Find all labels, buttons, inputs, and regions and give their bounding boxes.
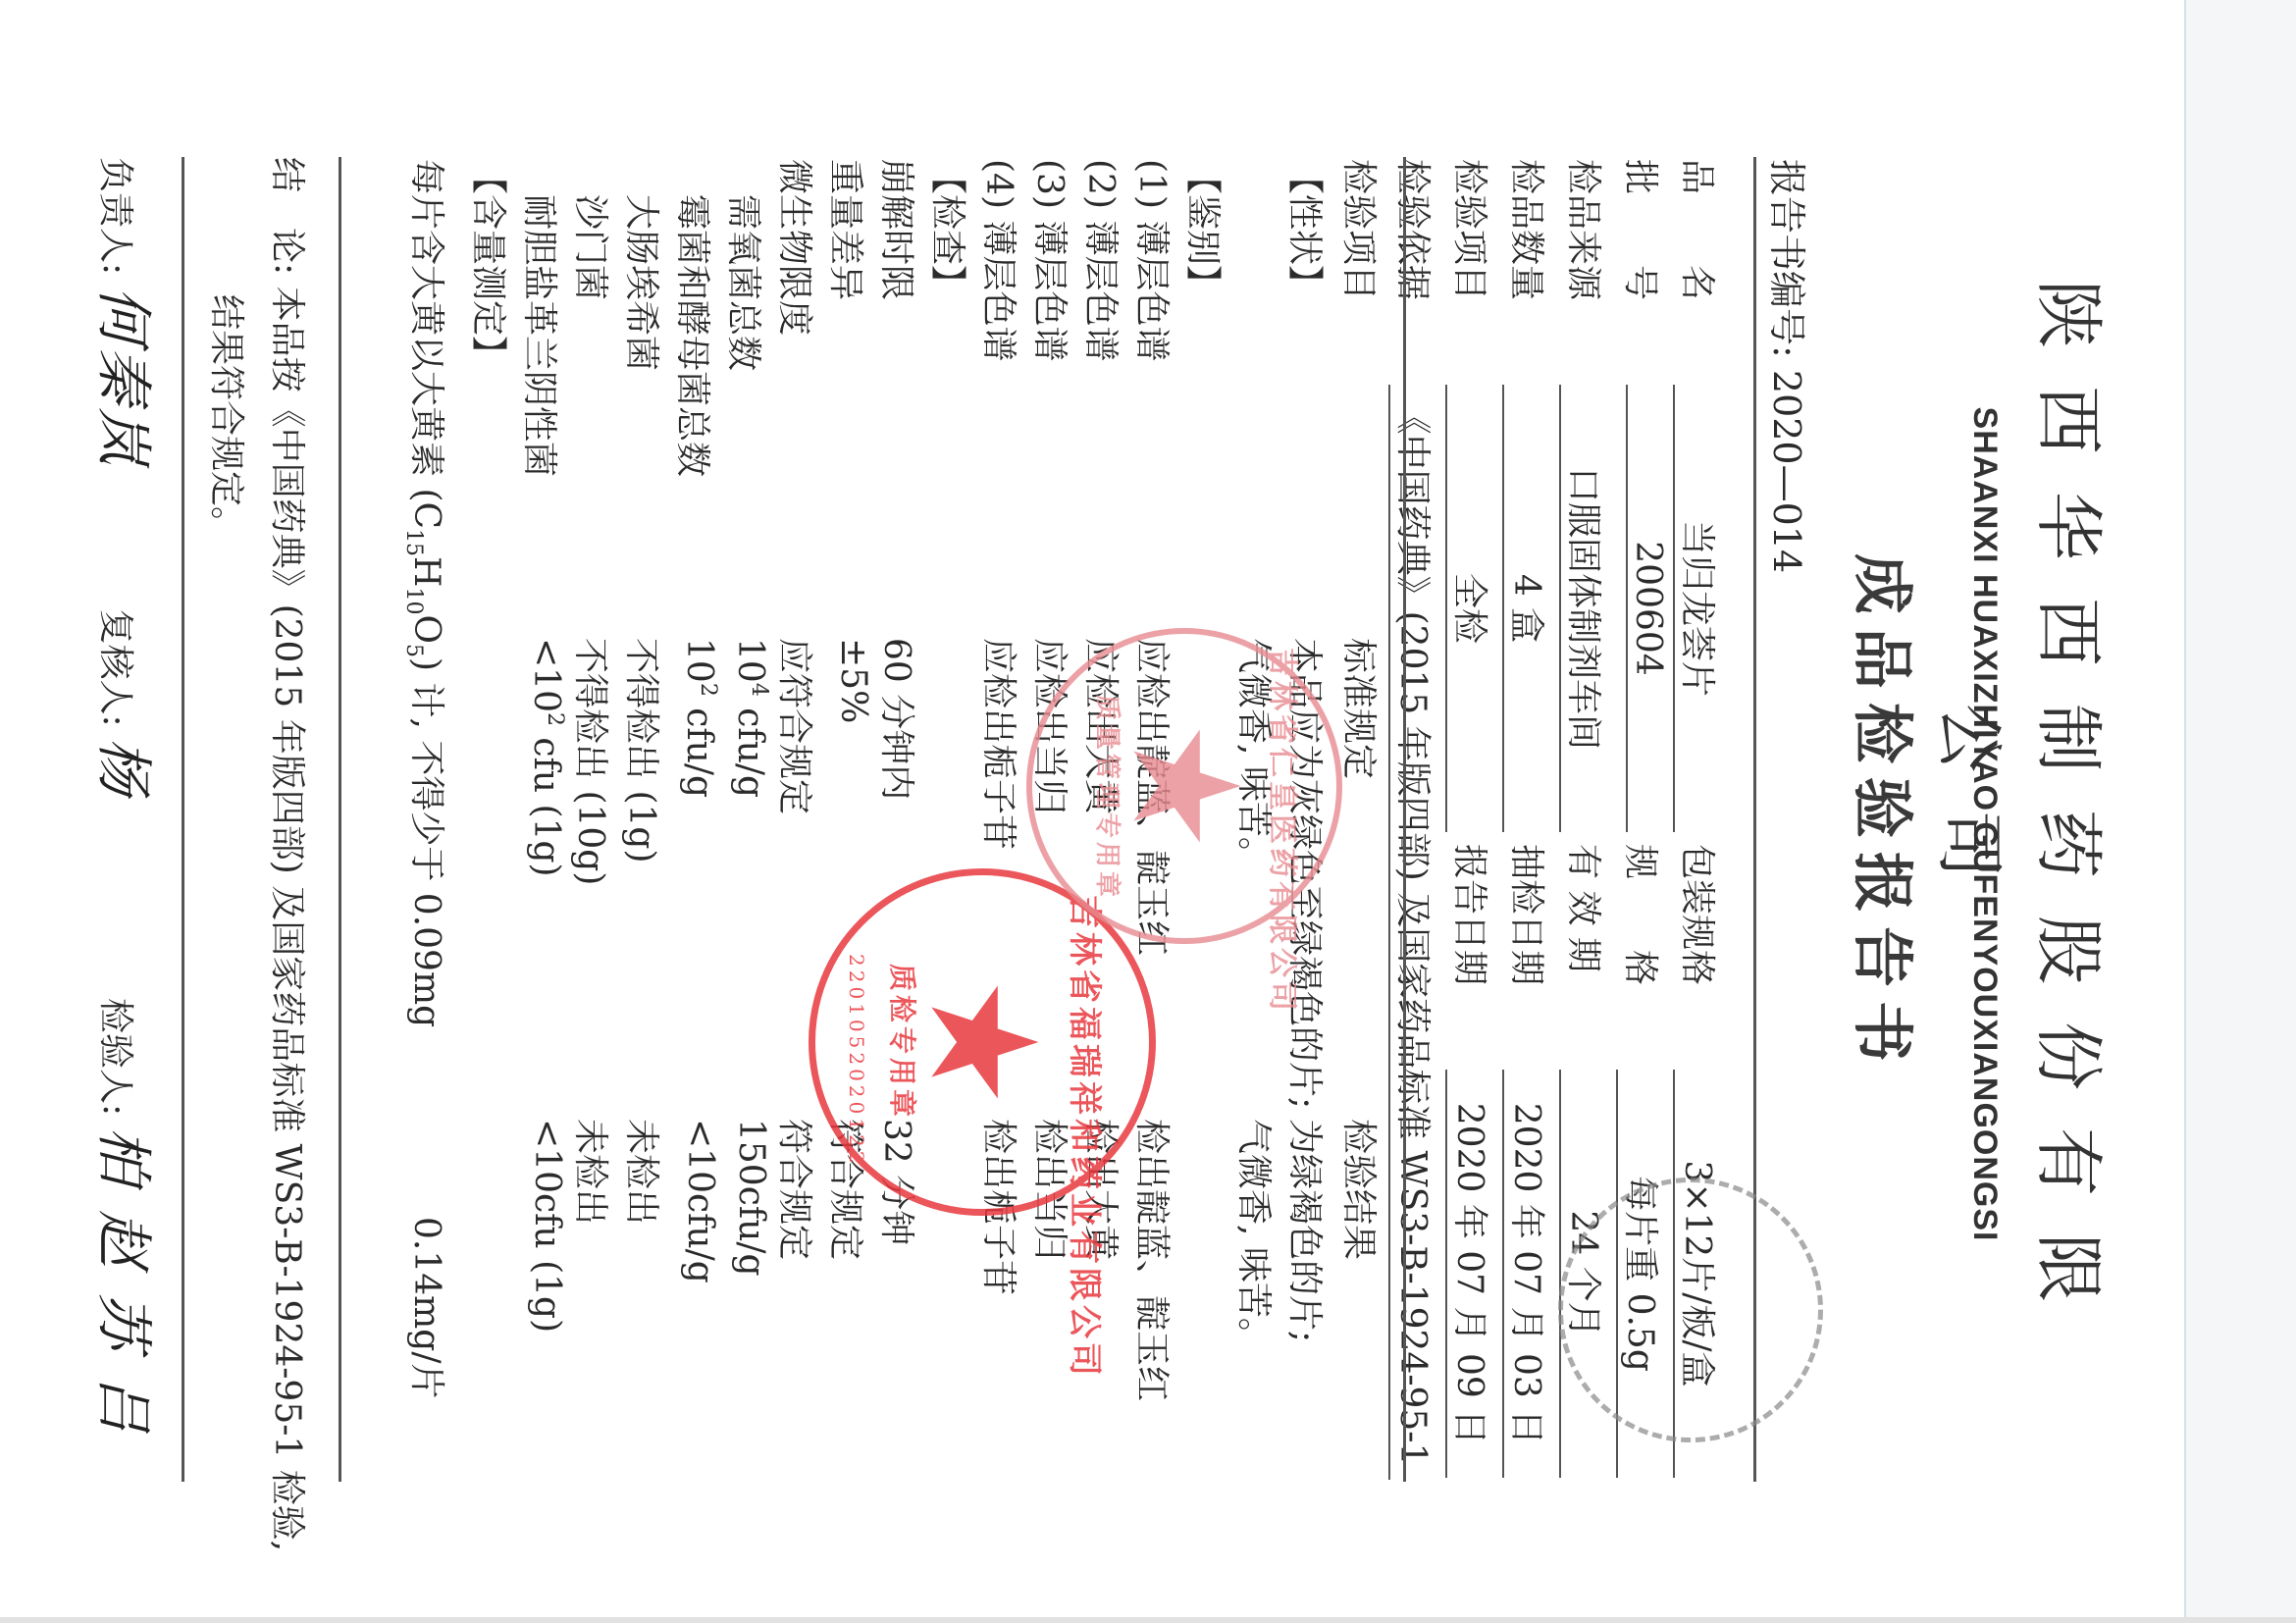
cell-result: 符合规定 xyxy=(772,1119,822,1260)
responsible-signature: 何秦岚 xyxy=(90,287,157,469)
info-value: 200604 xyxy=(1626,385,1668,832)
report-number-label: 报告书编号: xyxy=(1765,159,1808,358)
conclusion: 结 论: 本品按《中国药典》(2015 年版四部) 及国家药品标准 WS3-B-… xyxy=(195,157,317,1551)
star-icon: ★ xyxy=(1111,720,1258,852)
info-label: 有 效 期 xyxy=(1561,844,1611,1060)
cell-item: 需氧菌总数 xyxy=(721,159,771,371)
cell-item: 重量差异 xyxy=(823,159,873,300)
info-label: 报告日期 xyxy=(1447,844,1497,1060)
divider xyxy=(1403,157,1406,1482)
cell-item: 【性状】 xyxy=(1282,159,1332,300)
company-name: 陕西华西制药股份有限公司 xyxy=(1925,265,2123,1354)
qa-red-seal: ★ 吉林省仁皇医药有限公司 质量管理专用章 xyxy=(1026,628,1342,944)
info-label: 包装规格 xyxy=(1675,844,1725,1060)
conclusion-label: 结 论: xyxy=(267,157,307,275)
cell-item: 崩解时限 xyxy=(874,159,924,300)
star-icon: ★ xyxy=(909,976,1056,1108)
info-label: 检品来源 xyxy=(1561,159,1611,375)
info-label: 抽检日期 xyxy=(1504,844,1554,1060)
cell-result: 气微香, 味苦。 xyxy=(1231,1119,1281,1353)
cell-standard: <102 cfu (1g) xyxy=(526,638,567,877)
signature-row: 负责人: 何秦岚 复核人: 杨 检验人: 柏 赵 苏 吕 xyxy=(87,157,170,1531)
cell-item: (4) 薄层色谱 xyxy=(976,159,1026,361)
info-value: 2020 年 07 月 09 日 xyxy=(1445,1070,1497,1478)
conclusion-line2: 结果符合规定。 xyxy=(206,294,246,542)
cell-result: 为绿褐色的片; xyxy=(1282,1119,1332,1342)
inspector-signature: 柏 赵 苏 吕 xyxy=(90,1127,157,1437)
cell-result: <10cfu (1g) xyxy=(527,1119,567,1333)
divider xyxy=(339,157,341,1482)
info-value: 4 盒 xyxy=(1502,385,1554,832)
cell-standard: ±5% xyxy=(833,638,873,723)
cell-item: (2) 薄层色谱 xyxy=(1078,159,1128,361)
cell-standard: 102 cfu/g xyxy=(679,638,720,798)
cell-standard: 不得检出 (10g) xyxy=(568,638,618,885)
document-title: 成品检验报告书 xyxy=(1844,550,1931,1079)
cell-item: 大肠埃希菌 xyxy=(619,159,669,371)
cell-result: 150cfu/g xyxy=(731,1119,771,1277)
cell-result: 检出靛蓝、靛玉红 xyxy=(1129,1119,1179,1401)
cell-standard: 104 cfu/g xyxy=(730,638,771,798)
cell-item: (1) 薄层色谱 xyxy=(1129,159,1179,361)
header-standard: 标准规定 xyxy=(1336,638,1386,779)
info-value: 2020 年 07 月 03 日 xyxy=(1502,1070,1554,1478)
cell-result: <10cfu/g xyxy=(680,1119,720,1283)
cell-standard: 60 分钟内 xyxy=(874,638,924,800)
info-label: 检验项目 xyxy=(1447,159,1497,375)
info-label: 检品数量 xyxy=(1504,159,1554,375)
info-value: 当归龙荟片 xyxy=(1673,385,1725,832)
scan-edge xyxy=(2184,0,2296,1623)
cell-result: 未检出 xyxy=(568,1119,618,1225)
reviewer-signature: 杨 xyxy=(90,738,157,799)
info-label: 品 名 xyxy=(1675,159,1725,375)
header-item: 检验项目 xyxy=(1336,159,1386,300)
info-value: 全检 xyxy=(1445,385,1497,832)
cell-standard: 应检出栀子苷 xyxy=(976,638,1026,850)
info-value: 口服固体制剂车间 xyxy=(1559,385,1611,832)
cell-item: 【鉴别】 xyxy=(1180,159,1230,300)
info-value: 《中国药典》(2015 年版四部) 及国家药品标准 WS3-B-1924-95-… xyxy=(1388,385,1440,1480)
report-number-value: 2020—014 xyxy=(1765,370,1808,573)
company-name-pinyin: SHAANXI HUAXIZHIYAO GUFENYOUXIANGONGSI xyxy=(1965,334,2004,1315)
report-number: 报告书编号: 2020—014 xyxy=(1763,159,1817,573)
gray-seal xyxy=(1558,1178,1823,1442)
cell-item: 【检查】 xyxy=(925,159,975,300)
header-result: 检验结果 xyxy=(1336,1119,1386,1260)
responsible-label: 负责人: xyxy=(95,157,135,275)
info-label: 检验依据 xyxy=(1390,159,1440,375)
inspector-label: 检验人: xyxy=(95,998,135,1116)
assay-result: 0.14mg/片 xyxy=(404,1217,454,1398)
info-label: 规 格 xyxy=(1618,844,1668,1060)
info-label: 批 号 xyxy=(1618,159,1668,375)
cell-standard: 不得检出 (1g) xyxy=(619,638,669,863)
cell-item: 耐胆盐革兰阴性菌 xyxy=(517,159,567,477)
cell-item: 沙门菌 xyxy=(568,159,618,300)
inspection-report-sheet: 陕西华西制药股份有限公司 SHAANXI HUAXIZHIYAO GUFENYO… xyxy=(0,0,2186,1623)
assay-spec: 每片含大黄以大黄素 (C15H10O5) 计, 不得少于 0.09mg xyxy=(401,159,454,1027)
cell-item: 【含量测定】 xyxy=(466,159,516,371)
cell-item: (3) 薄层色谱 xyxy=(1027,159,1077,361)
cell-result: 未检出 xyxy=(619,1119,669,1225)
conclusion-line1: 本品按《中国药典》(2015 年版四部) 及国家药品标准 WS3-B-1924-… xyxy=(267,287,307,1552)
cell-item: 霉菌和酵母菌总数 xyxy=(670,159,720,477)
cell-standard: 应符合规定 xyxy=(772,638,822,814)
cell-item: 微生物限度 xyxy=(772,159,822,336)
divider xyxy=(182,157,184,1482)
reviewer-label: 复核人: xyxy=(95,609,135,727)
